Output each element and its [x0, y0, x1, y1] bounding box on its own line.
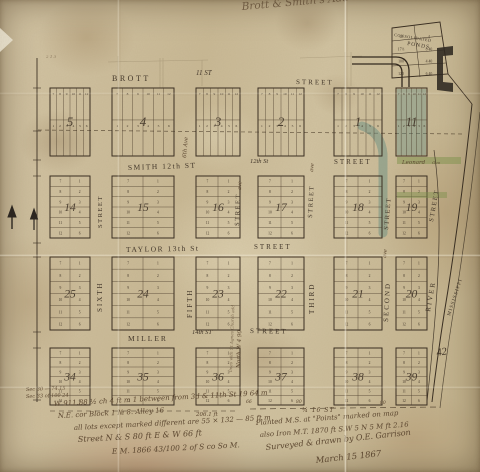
- lot-number: 5: [292, 124, 294, 128]
- lot-number: 9: [269, 286, 271, 290]
- lot-number: 12: [126, 231, 130, 235]
- lot-number: 1: [291, 351, 293, 355]
- lot-number: 10: [126, 298, 130, 302]
- lot-number: 8: [269, 274, 271, 278]
- lot-number: 6: [418, 399, 420, 403]
- lot-number: 2: [228, 274, 230, 278]
- lot-number: 1: [228, 180, 230, 184]
- lot-number: 8: [403, 274, 405, 278]
- street-label-brott-right: STREET: [296, 78, 334, 87]
- lot-number: 2: [291, 361, 293, 365]
- lot-number: 4: [284, 124, 286, 128]
- ave-script-4: ave: [382, 249, 389, 258]
- block-number-34: 34: [63, 372, 76, 384]
- block-number-1: 1: [355, 114, 362, 129]
- lot-number: 10: [206, 380, 210, 384]
- block-number-18: 18: [352, 202, 364, 214]
- block-number-5: 5: [67, 114, 74, 129]
- lot-number: 5: [369, 124, 371, 128]
- lot-number: 7: [207, 262, 209, 266]
- lot-number: 1: [369, 351, 371, 355]
- lot-number: 10: [345, 298, 349, 302]
- lot-number: 1: [79, 262, 81, 266]
- lot-number: 9: [60, 286, 62, 290]
- ponds-lot-value: 17⅓: [398, 47, 405, 51]
- block-number-16: 16: [212, 202, 224, 214]
- lot-number: 7: [60, 351, 62, 355]
- lot-number: 11: [157, 92, 161, 96]
- lot-number: 3: [157, 200, 159, 204]
- lot-number: 12: [206, 322, 210, 326]
- lot-number: 9: [60, 200, 62, 204]
- block-number-24: 24: [137, 289, 149, 301]
- lot-number: 3: [369, 286, 371, 290]
- lot-number: 6: [291, 322, 293, 326]
- lot-number: 6: [369, 231, 371, 235]
- lot-number: 9: [137, 92, 139, 96]
- lot-number: 8: [127, 190, 129, 194]
- lot-number: 1: [418, 351, 420, 355]
- lot-number: 12: [59, 322, 63, 326]
- lot-number: 9: [276, 92, 278, 96]
- street-label-miller: MILLER: [128, 334, 168, 343]
- block-11: 71829310411512611: [396, 88, 427, 156]
- lot-number: 11: [402, 389, 406, 393]
- lot-number: 10: [59, 211, 63, 215]
- lot-number: 6: [369, 322, 371, 326]
- lot-number: 2: [79, 361, 81, 365]
- lot-number: 8: [403, 361, 405, 365]
- lot-number: 8: [346, 190, 348, 194]
- lot-number: 2: [157, 274, 159, 278]
- lot-number: 3: [157, 370, 159, 374]
- lot-number: 9: [207, 370, 209, 374]
- lot-number: 10: [126, 211, 130, 215]
- lot-number: 5: [418, 310, 420, 314]
- lot-number: 6: [86, 124, 88, 128]
- lot-number: 8: [346, 274, 348, 278]
- lot-number: 10: [220, 92, 224, 96]
- lot-number: 4: [418, 380, 420, 384]
- lot-number: 10: [59, 380, 63, 384]
- lot-number: 8: [59, 92, 61, 96]
- lot-number: 6: [424, 124, 426, 128]
- lot-number: 6: [418, 231, 420, 235]
- lot-number: 1: [199, 124, 201, 128]
- lot-number: 4: [147, 124, 149, 128]
- block-number-37: 37: [274, 372, 288, 384]
- lot-number: 2: [418, 361, 420, 365]
- lot-number: 2: [157, 361, 159, 365]
- lot-number: 5: [158, 124, 160, 128]
- lot-number: 1: [261, 124, 263, 128]
- lot-number: 11: [268, 389, 272, 393]
- lot-number: 11: [345, 310, 349, 314]
- lot-number: 10: [283, 92, 287, 96]
- lot-number: 7: [269, 351, 271, 355]
- lot-number: 1: [228, 262, 230, 266]
- lot-number: 2: [59, 124, 61, 128]
- lot-number: 4: [418, 298, 420, 302]
- lot-number: 8: [269, 190, 271, 194]
- lot-number: 3: [418, 370, 420, 374]
- lot-number: 5: [157, 221, 159, 225]
- lot-number: 1: [291, 262, 293, 266]
- lot-number: 3: [228, 286, 230, 290]
- lot-number: 2: [369, 190, 371, 194]
- lot-number: 9: [207, 286, 209, 290]
- lot-number: 9: [60, 370, 62, 374]
- lot-number: 4: [228, 211, 230, 215]
- lot-number: 7: [60, 262, 62, 266]
- lot-number: 4: [369, 211, 371, 215]
- lot-number: 6: [418, 322, 420, 326]
- lot-number: 4: [361, 124, 363, 128]
- lot-number: 1: [337, 124, 339, 128]
- ponds-lot-value: 4 40: [426, 60, 433, 64]
- lot-number: 11: [402, 221, 406, 225]
- lot-number: 10: [360, 92, 364, 96]
- lot-number: 4: [157, 211, 159, 215]
- street-label-miller-right: STREET: [250, 327, 288, 336]
- lot-number: 7: [127, 351, 129, 355]
- lot-number: 12: [423, 92, 427, 96]
- lot-number: 3: [291, 286, 293, 290]
- lot-number: 5: [418, 221, 420, 225]
- lot-number: 12: [298, 92, 302, 96]
- street-label-v1-upper: STREET: [97, 195, 104, 228]
- street-label-fifth: FIFTH: [186, 289, 194, 318]
- lot-number: 8: [127, 92, 129, 96]
- block-number-19: 19: [406, 202, 418, 214]
- block-number-22: 22: [275, 289, 287, 301]
- lot-number: 9: [408, 92, 410, 96]
- lot-number: 12: [268, 399, 272, 403]
- lot-number: 5: [369, 389, 371, 393]
- block-number-11: 11: [405, 114, 417, 129]
- lot-number: 11: [368, 92, 372, 96]
- lot-number: 4: [291, 211, 293, 215]
- lot-number: 9: [127, 286, 129, 290]
- lot-number: 7: [337, 92, 339, 96]
- lot-number: 12: [402, 399, 406, 403]
- lot-number: 11: [345, 221, 349, 225]
- lot-number: 11: [345, 389, 349, 393]
- lot-number: 11: [402, 310, 406, 314]
- lot-number: 2: [418, 274, 420, 278]
- lot-number: 7: [127, 262, 129, 266]
- lot-number: 4: [291, 380, 293, 384]
- lot-number: 5: [418, 389, 420, 393]
- lot-number: 10: [72, 92, 76, 96]
- lot-number: 11: [206, 221, 210, 225]
- block-number-38: 38: [351, 372, 364, 384]
- lot-number: 10: [59, 298, 63, 302]
- paper-background: 7182931041151265718293104115126471829310…: [0, 0, 480, 472]
- lot-number: 11: [206, 310, 210, 314]
- block-number-2: 2: [278, 114, 285, 129]
- lot-number: 10: [126, 380, 130, 384]
- lot-number: 6: [157, 322, 159, 326]
- block-number-17: 17: [275, 202, 288, 214]
- lot-number: 9: [269, 200, 271, 204]
- lot-number: 7: [403, 351, 405, 355]
- lot-number: 6: [235, 124, 237, 128]
- lot-number: 7: [346, 180, 348, 184]
- lot-number: 7: [398, 92, 400, 96]
- lot-number: 6: [157, 231, 159, 235]
- lot-number: 1: [116, 124, 118, 128]
- lot-number: 7: [403, 262, 405, 266]
- margin-marks: 2 1 3: [45, 54, 57, 59]
- lot-number: 8: [207, 190, 209, 194]
- block-number-20: 20: [406, 289, 418, 301]
- lot-number: 7: [116, 92, 118, 96]
- lot-number: 12: [402, 322, 406, 326]
- lot-number: 3: [291, 200, 293, 204]
- ponds-lot-value: 6 40: [426, 72, 433, 76]
- lot-number: 1: [157, 351, 159, 355]
- street-label-smith-mid: 12th St: [250, 158, 268, 165]
- lot-number: 2: [79, 274, 81, 278]
- lot-number: 2: [269, 124, 271, 128]
- lot-number: 5: [369, 221, 371, 225]
- lot-number: 4: [157, 380, 159, 384]
- lot-number: 1: [369, 262, 371, 266]
- lot-number: 4: [228, 380, 230, 384]
- lot-number: 8: [269, 92, 271, 96]
- lot-number: 6: [369, 399, 371, 403]
- lot-number: 1: [369, 180, 371, 184]
- lot-number: 1: [79, 351, 81, 355]
- lot-number: 6: [79, 322, 81, 326]
- lot-number: 12: [345, 399, 349, 403]
- lot-number: 9: [269, 370, 271, 374]
- lot-number: 12: [59, 231, 63, 235]
- block-number-36: 36: [211, 372, 224, 384]
- lot-number: 5: [157, 310, 159, 314]
- lot-number: 11: [126, 310, 130, 314]
- lot-number: 3: [291, 370, 293, 374]
- leonard-sub-label: Geo: [432, 160, 441, 165]
- lot-number: 7: [403, 180, 405, 184]
- lot-number: 3: [418, 286, 420, 290]
- lot-number: 8: [60, 361, 62, 365]
- lot-number: 2: [345, 124, 347, 128]
- lot-number: 4: [79, 298, 81, 302]
- lot-number: 2: [369, 361, 371, 365]
- lot-number: 11: [268, 221, 272, 225]
- street-label-taylor-right: STREET: [254, 243, 292, 251]
- lot-number: 11: [418, 92, 422, 96]
- lot-number: 5: [79, 124, 81, 128]
- lot-number: 3: [157, 286, 159, 290]
- lot-number: 2: [291, 190, 293, 194]
- lot-number: 1: [291, 180, 293, 184]
- width-80-b: 80: [380, 400, 386, 406]
- lot-number: 2: [157, 190, 159, 194]
- lot-number: 9: [66, 92, 68, 96]
- lot-number: 8: [127, 361, 129, 365]
- lot-number: 6: [79, 231, 81, 235]
- block-number-25: 25: [64, 289, 76, 301]
- lot-number: 12: [167, 92, 171, 96]
- street-label-brott-number: 11 ST: [196, 69, 213, 77]
- lot-number: 7: [269, 180, 271, 184]
- block-number-4: 4: [140, 114, 147, 129]
- lot-number: 3: [418, 200, 420, 204]
- lot-number: 5: [291, 221, 293, 225]
- lot-number: 12: [206, 231, 210, 235]
- lot-number: 9: [346, 200, 348, 204]
- lot-number: 11: [78, 92, 82, 96]
- lot-number: 4: [157, 298, 159, 302]
- lot-number: 6: [299, 124, 301, 128]
- lot-number: 3: [79, 370, 81, 374]
- lot-number: 12: [345, 231, 349, 235]
- lot-number: 4: [79, 211, 81, 215]
- lot-number: 10: [268, 298, 272, 302]
- lot-number: 3: [369, 370, 371, 374]
- lot-number: 5: [418, 124, 420, 128]
- lot-number: 11: [59, 221, 63, 225]
- lot-number: 11: [59, 310, 63, 314]
- lot-number: 2: [79, 190, 81, 194]
- lot-number: 7: [127, 180, 129, 184]
- street-label-brott: BROTT: [112, 74, 151, 83]
- block-number-21: 21: [352, 289, 364, 301]
- lot-number: 6: [291, 399, 293, 403]
- lot-number: 9: [127, 370, 129, 374]
- lot-number: 2: [127, 124, 129, 128]
- lot-number: 8: [345, 92, 347, 96]
- lot-number: 11: [291, 92, 295, 96]
- lot-number: 7: [60, 180, 62, 184]
- lot-number: 2: [369, 274, 371, 278]
- lot-number: 9: [346, 286, 348, 290]
- lot-number: 6: [291, 231, 293, 235]
- lot-number: 6: [228, 399, 230, 403]
- ave-script-3: ave: [309, 163, 316, 172]
- lot-number: 1: [157, 262, 159, 266]
- width-66: 66: [246, 399, 252, 405]
- lot-number: 7: [346, 351, 348, 355]
- lot-number: 9: [353, 92, 355, 96]
- leonard-label: Leonard: [401, 160, 426, 166]
- lot-number: 2: [228, 190, 230, 194]
- lot-number: 5: [369, 310, 371, 314]
- lot-number: 7: [207, 351, 209, 355]
- block-number-23: 23: [212, 289, 224, 301]
- lot-number: 4: [418, 211, 420, 215]
- lot-number: 12: [268, 322, 272, 326]
- block-number-3: 3: [214, 114, 222, 129]
- lot-number: 5: [228, 221, 230, 225]
- lot-number: 12: [345, 322, 349, 326]
- ponds-lot-value: 100: [398, 60, 404, 64]
- lot-number: 2: [291, 274, 293, 278]
- lot-number: 7: [207, 180, 209, 184]
- lot-number: 3: [228, 200, 230, 204]
- lot-number: 4: [79, 380, 81, 384]
- lot-number: 11: [126, 389, 130, 393]
- lot-number: 8: [207, 274, 209, 278]
- lot-number: 3: [137, 124, 139, 128]
- lot-number: 8: [346, 361, 348, 365]
- lot-number: 10: [206, 211, 210, 215]
- plat-map: 7182931041151265718293104115126471829310…: [0, 0, 480, 472]
- ponds-lot-value: 120: [398, 72, 404, 76]
- lot-number: 9: [127, 200, 129, 204]
- street-label-third: THIRD: [308, 283, 316, 314]
- lot-number: 8: [127, 274, 129, 278]
- lot-number: 12: [85, 92, 89, 96]
- lot-number: 12: [126, 322, 130, 326]
- lot-number: 3: [79, 200, 81, 204]
- width-80-a: 80: [296, 399, 302, 405]
- lot-number: 10: [206, 298, 210, 302]
- lot-number: 5: [228, 124, 230, 128]
- lot-number: 7: [52, 92, 54, 96]
- lot-number: 5: [79, 310, 81, 314]
- lot-number: 1: [398, 124, 400, 128]
- lot-number: 11: [126, 221, 130, 225]
- street-label-miller-number: 14th ST: [192, 329, 212, 336]
- lot-number: 5: [157, 389, 159, 393]
- lot-number: 12: [402, 231, 406, 235]
- lot-number: 3: [79, 286, 81, 290]
- lot-number: 8: [60, 274, 62, 278]
- lot-number: 1: [79, 180, 81, 184]
- lot-number: 11: [227, 92, 231, 96]
- lot-number: 6: [168, 124, 170, 128]
- lot-number: 8: [403, 92, 405, 96]
- lot-number: 12: [268, 231, 272, 235]
- lot-number: 4: [291, 298, 293, 302]
- lot-number: 7: [199, 92, 201, 96]
- lot-number: 8: [207, 361, 209, 365]
- lot-number: 2: [206, 124, 208, 128]
- lot-number: 10: [268, 380, 272, 384]
- lot-number: 10: [345, 211, 349, 215]
- lot-number: 1: [52, 124, 54, 128]
- street-label-smith-right: STREET: [334, 158, 372, 166]
- lot-number: 1: [418, 180, 420, 184]
- lot-number: 6: [228, 231, 230, 235]
- lot-number: 8: [206, 92, 208, 96]
- lot-number: 12: [376, 92, 380, 96]
- lot-number: 10: [268, 211, 272, 215]
- lot-number: 9: [346, 370, 348, 374]
- block-number-39: 39: [405, 372, 418, 384]
- lot-number: 7: [269, 262, 271, 266]
- lot-number: 10: [412, 92, 416, 96]
- lot-number: 10: [146, 92, 150, 96]
- lot-number: 1: [157, 180, 159, 184]
- lot-number: 11: [268, 310, 272, 314]
- lot-number: 7: [261, 92, 263, 96]
- lot-number: 5: [79, 389, 81, 393]
- lot-number: 4: [369, 380, 371, 384]
- street-label-v2-upper: STREET: [234, 193, 242, 226]
- lot-number: 9: [207, 200, 209, 204]
- street-label-taylor: TAYLOR 13th St: [126, 244, 200, 254]
- block-number-35: 35: [136, 372, 149, 384]
- lot-number: 7: [346, 262, 348, 266]
- lot-number: 5: [291, 310, 293, 314]
- lot-number: 4: [369, 298, 371, 302]
- lot-number: 5: [291, 389, 293, 393]
